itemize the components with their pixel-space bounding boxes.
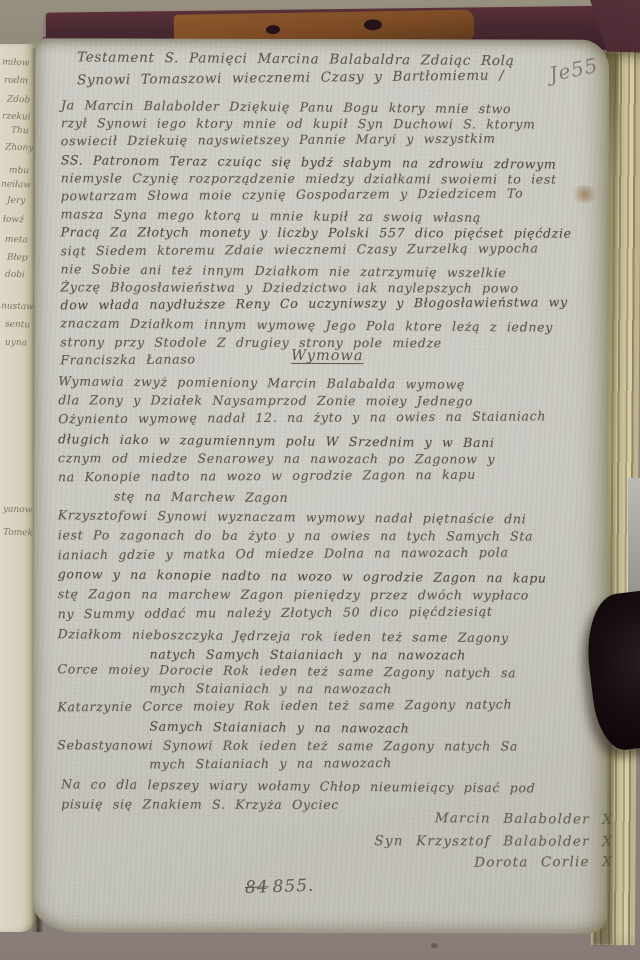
left-page-fragment: mbu (9, 166, 29, 177)
left-page-fragment: Błep (7, 253, 28, 264)
opening-paragraph: Ja Marcin Balabolder Dziękuię Panu Bogu … (60, 96, 601, 370)
manuscript-line: Samych Staianiach y na nawozach (149, 717, 605, 740)
left-page-fragment: miłow (2, 58, 30, 69)
left-page-edge: miłow rodm Zdob rzekui Thu Zhony mbu nei… (0, 44, 35, 932)
signature-line: Dorota Corlie X (283, 851, 613, 877)
left-page-fragment: Tomek (3, 527, 33, 538)
left-page-fragment: rzekui (2, 112, 31, 123)
manuscript-line: ianiach gdzie y matka Od miedze Dolna na… (58, 542, 606, 565)
table-surface (0, 932, 640, 960)
signature-line: Marcin Balabolder X (283, 806, 613, 832)
page-number-value: 855. (272, 876, 314, 897)
manuscript-line: powtarzam Słowa moie czynię Gospodarzem … (61, 184, 601, 206)
page-number-struck: 84 (245, 877, 269, 898)
left-page-fragment: Thu (11, 126, 29, 137)
left-page-fragment: dobi (5, 270, 25, 281)
title-line: Synowi Tomaszowi wiecznemi Czasy y Bartł… (77, 64, 577, 93)
children-bequest-paragraph: Corce moiey Dorocie Rok ieden też same Z… (57, 659, 605, 774)
manuscript-line: na Konopie nadto na wozo w ogrodzie Zago… (58, 464, 603, 487)
testament-title: Testament S. Pamięci Marcina Balabaldra … (77, 46, 577, 93)
manuscript-line: Corce moiey Dorocie Rok ieden też same Z… (57, 659, 605, 683)
manuscript-page: Je55 Testament S. Pamięci Marcina Balaba… (33, 38, 609, 933)
manuscript-line: dow włada naydłuższe Reny Co uczyniwszy … (60, 293, 600, 315)
left-page-fragment: meta (5, 235, 28, 246)
manuscript-line: Katarzynie Corce moiey Rok ieden też sam… (57, 694, 605, 716)
krzysztof-provision-paragraph: Krzysztofowi Synowi wyznaczam wymowy nad… (58, 505, 606, 665)
left-page-fragment: Jery (7, 196, 26, 207)
left-page-fragment: yanow (3, 504, 33, 515)
page-number: 84855. (245, 876, 315, 898)
left-page-fragment: rodm (4, 76, 28, 87)
signature-block: Marcin Balabolder X Syn Krzysztof Balabo… (283, 806, 613, 877)
manuscript-line: Działkom nieboszczyka Jędrzeja rok ieden… (58, 624, 606, 649)
manuscript-line: ny Summy oddać mu należy Złotych 50 dico… (58, 601, 606, 624)
manuscript-line: mych Staianiach y na nawozach (149, 752, 605, 774)
left-page-fragment: neiław (1, 179, 31, 190)
manuscript-line: Ożyniento wymowę nadał 12. na żyto y na … (58, 406, 603, 429)
left-page-fragment: Zdob (7, 95, 31, 106)
cover-hole (364, 19, 382, 30)
left-page-fragment: łowź (3, 215, 24, 226)
wife-provision-paragraph: Wymawia zwyż pomieniony Marcin Balabalda… (58, 371, 603, 507)
manuscript-line: siąt Siedem ktoremu Zdaie wiecznemi Czas… (61, 239, 601, 261)
photo-background: miłow rodm Zdob rzekui Thu Zhony mbu nei… (0, 0, 640, 960)
cover-hole (266, 25, 280, 34)
manuscript-line: oswiecił Dziekuię nayswietszey Pannie Ma… (61, 129, 601, 151)
left-page-fragment: sentu (5, 320, 30, 331)
signature-line: Syn Krzysztof Balabolder X (283, 829, 613, 853)
left-page-fragment: Zhony (5, 143, 34, 154)
left-page-fragment: uyna (5, 338, 27, 349)
section-heading-wymowa: Wymowa (252, 348, 402, 364)
